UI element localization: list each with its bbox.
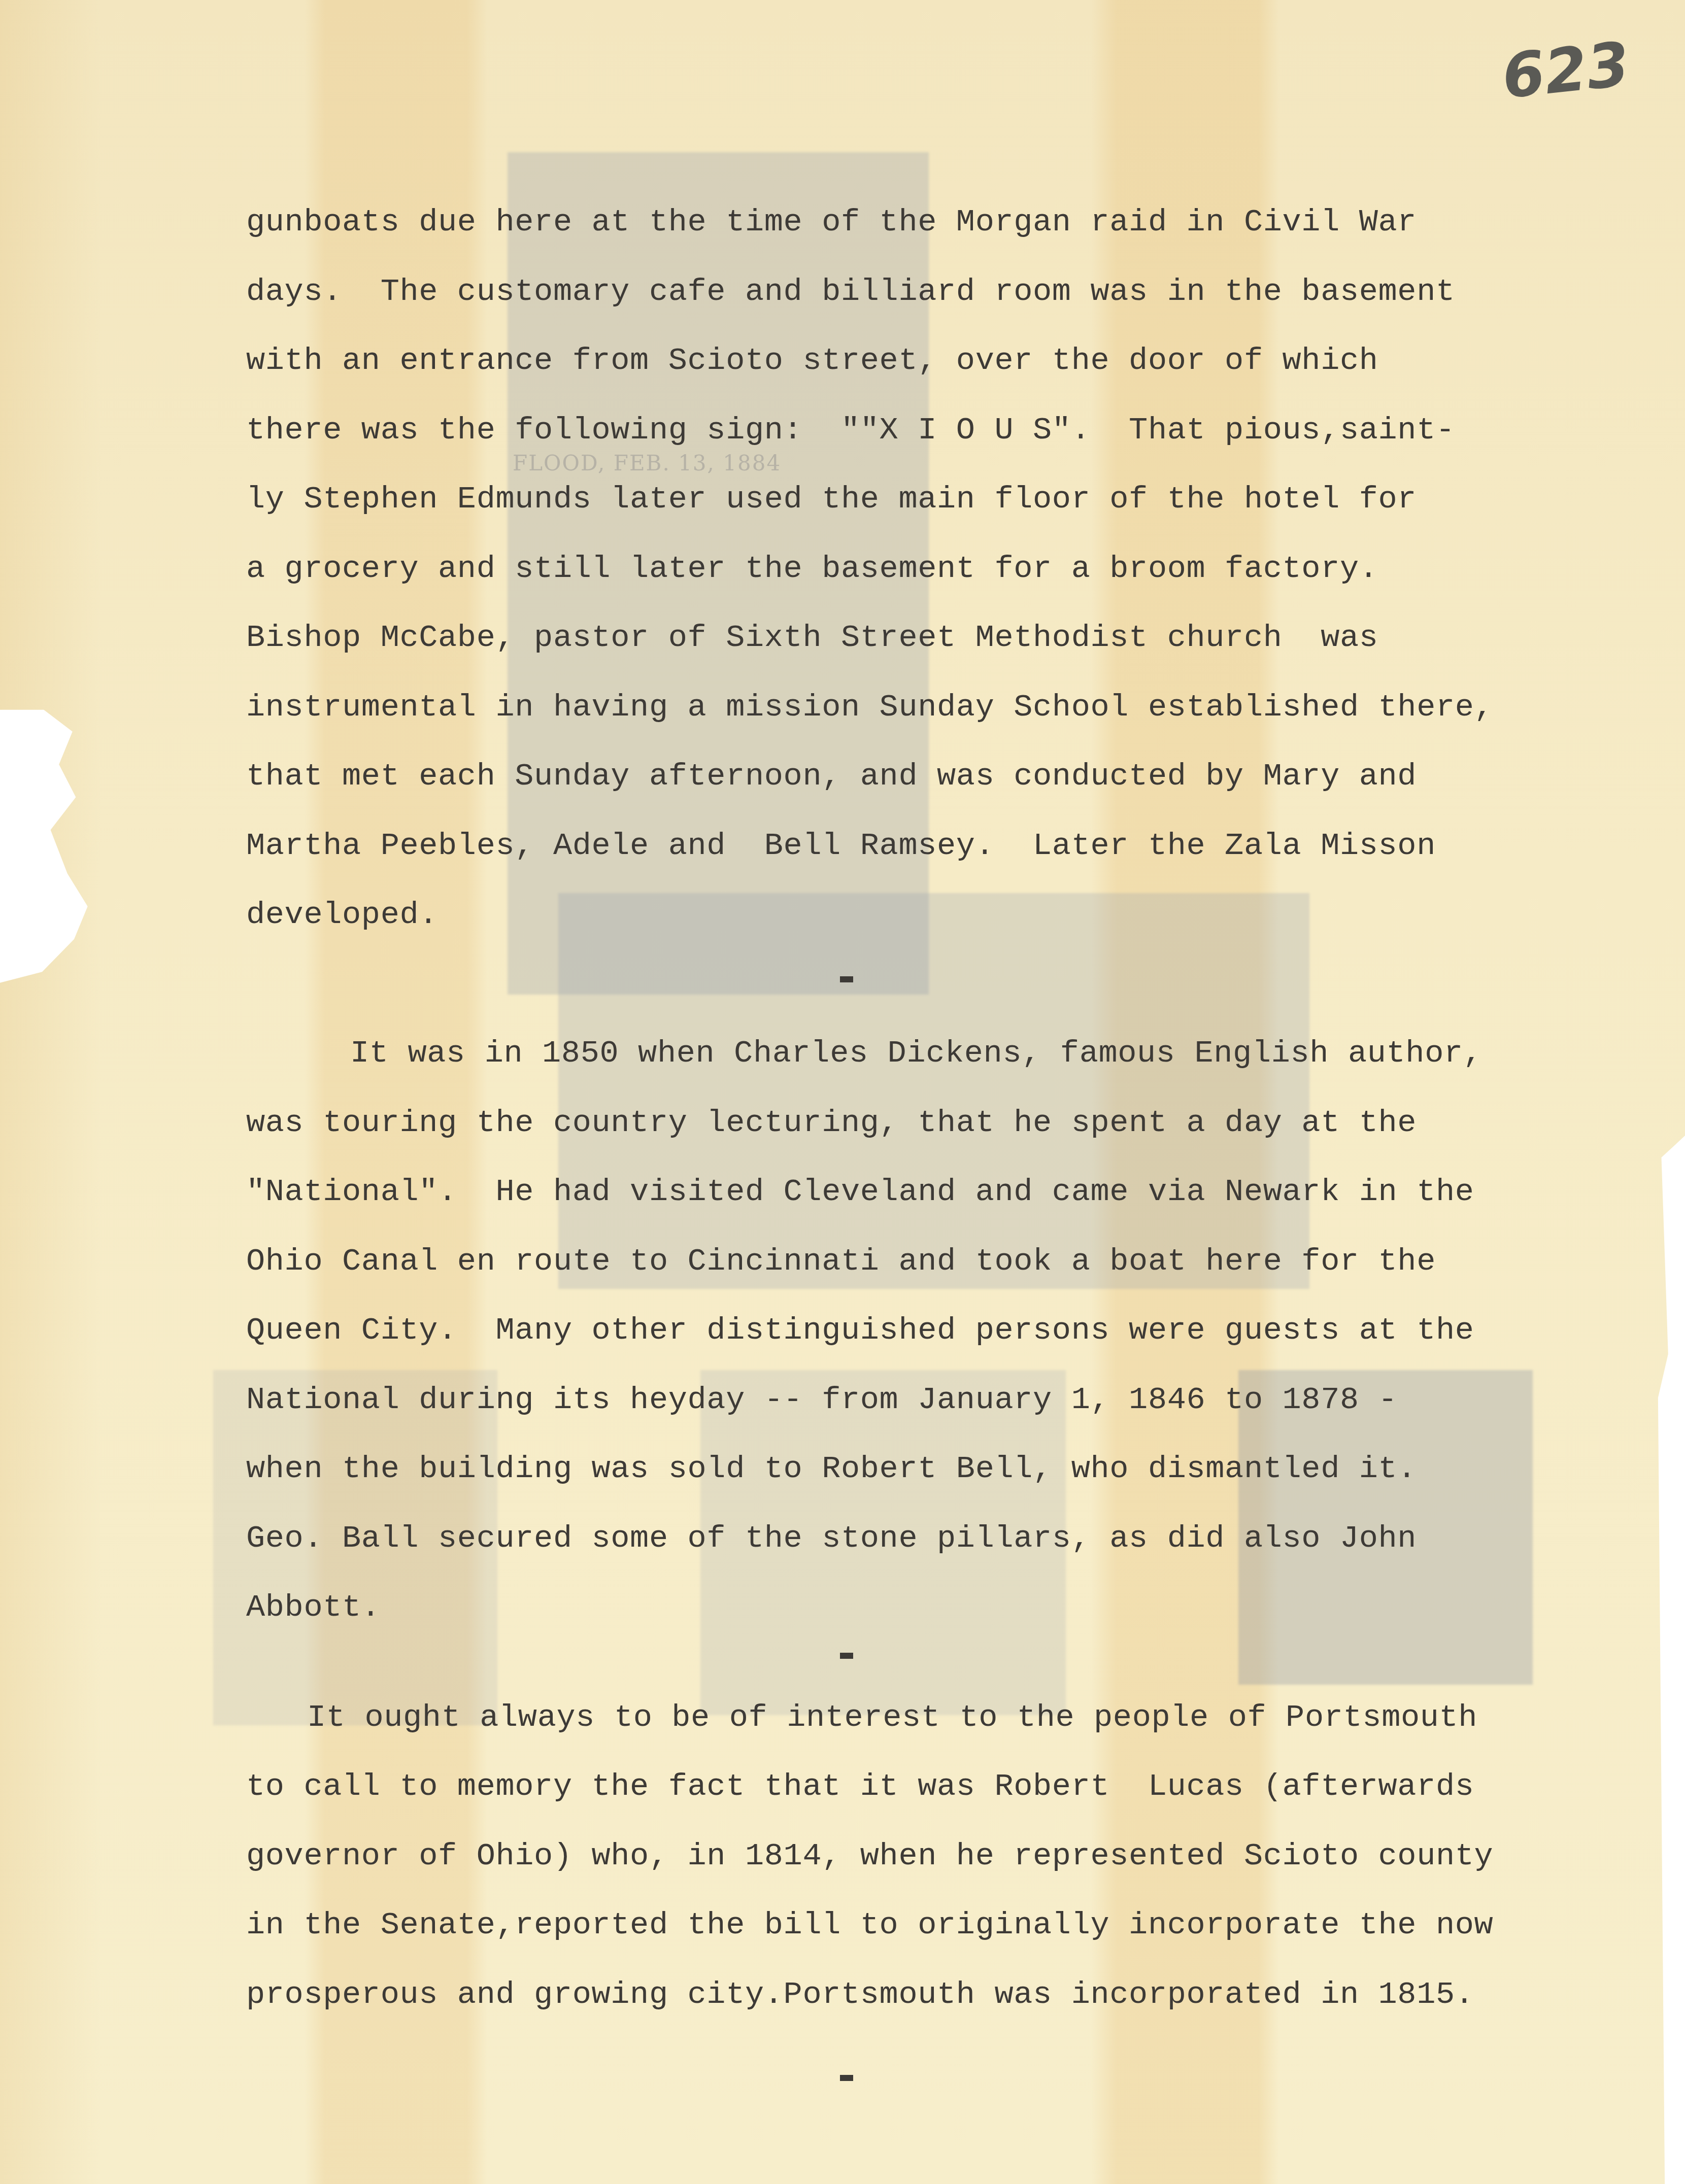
text-line: in the Senate,reported the bill to origi… bbox=[246, 1891, 1591, 1960]
section-divider bbox=[246, 1643, 1591, 1683]
text-line: "National". He had visited Cleveland and… bbox=[246, 1157, 1591, 1227]
text-line: instrumental in having a mission Sunday … bbox=[246, 673, 1591, 742]
text-line: a grocery and still later the basement f… bbox=[246, 534, 1591, 604]
text-line: Ohio Canal en route to Cincinnati and to… bbox=[246, 1227, 1591, 1296]
text-line: was touring the country lecturing, that … bbox=[246, 1088, 1591, 1158]
text-line: governor of Ohio) who, in 1814, when he … bbox=[246, 1822, 1591, 1891]
text-line: Bishop McCabe, pastor of Sixth Street Me… bbox=[246, 603, 1591, 673]
text-line: It ought always to be of interest to the… bbox=[246, 1683, 1591, 1753]
text-line: Abbott. bbox=[246, 1573, 1591, 1643]
dash-mark bbox=[840, 976, 853, 982]
dash-mark bbox=[840, 2075, 853, 2081]
paragraph-2: It was in 1850 when Charles Dickens, fam… bbox=[246, 1019, 1591, 1643]
text-line: National during its heyday -- from Janua… bbox=[246, 1366, 1591, 1435]
dash-mark bbox=[840, 1653, 853, 1659]
paragraph-3: It ought always to be of interest to the… bbox=[246, 1683, 1591, 2030]
text-line: when the building was sold to Robert Bel… bbox=[246, 1435, 1591, 1504]
text-line: there was the following sign: ""X I O U … bbox=[246, 396, 1591, 465]
text-line: developed. bbox=[246, 880, 1591, 950]
section-divider bbox=[246, 950, 1591, 1019]
section-divider bbox=[246, 2029, 1591, 2099]
text-line: It was in 1850 when Charles Dickens, fam… bbox=[246, 1019, 1591, 1088]
handwritten-page-number: 623 bbox=[1499, 29, 1633, 112]
paragraph-1: gunboats due here at the time of the Mor… bbox=[246, 188, 1591, 950]
text-line: Martha Peebles, Adele and Bell Ramsey. L… bbox=[246, 811, 1591, 881]
text-line: prosperous and growing city.Portsmouth w… bbox=[246, 1960, 1591, 2030]
text-line: gunboats due here at the time of the Mor… bbox=[246, 188, 1591, 257]
text-line: days. The customary cafe and billiard ro… bbox=[246, 257, 1591, 327]
text-line: ly Stephen Edmunds later used the main f… bbox=[246, 465, 1591, 534]
document-page: FLOOD, FEB. 13, 1884 623 gunboats due he… bbox=[0, 0, 1685, 2184]
text-line: to call to memory the fact that it was R… bbox=[246, 1752, 1591, 1822]
text-line: with an entrance from Scioto street, ove… bbox=[246, 326, 1591, 396]
text-line: Geo. Ball secured some of the stone pill… bbox=[246, 1504, 1591, 1574]
text-line: Queen City. Many other distinguished per… bbox=[246, 1296, 1591, 1366]
text-line: that met each Sunday afternoon, and was … bbox=[246, 742, 1591, 811]
typewritten-body: gunboats due here at the time of the Mor… bbox=[246, 188, 1591, 2099]
